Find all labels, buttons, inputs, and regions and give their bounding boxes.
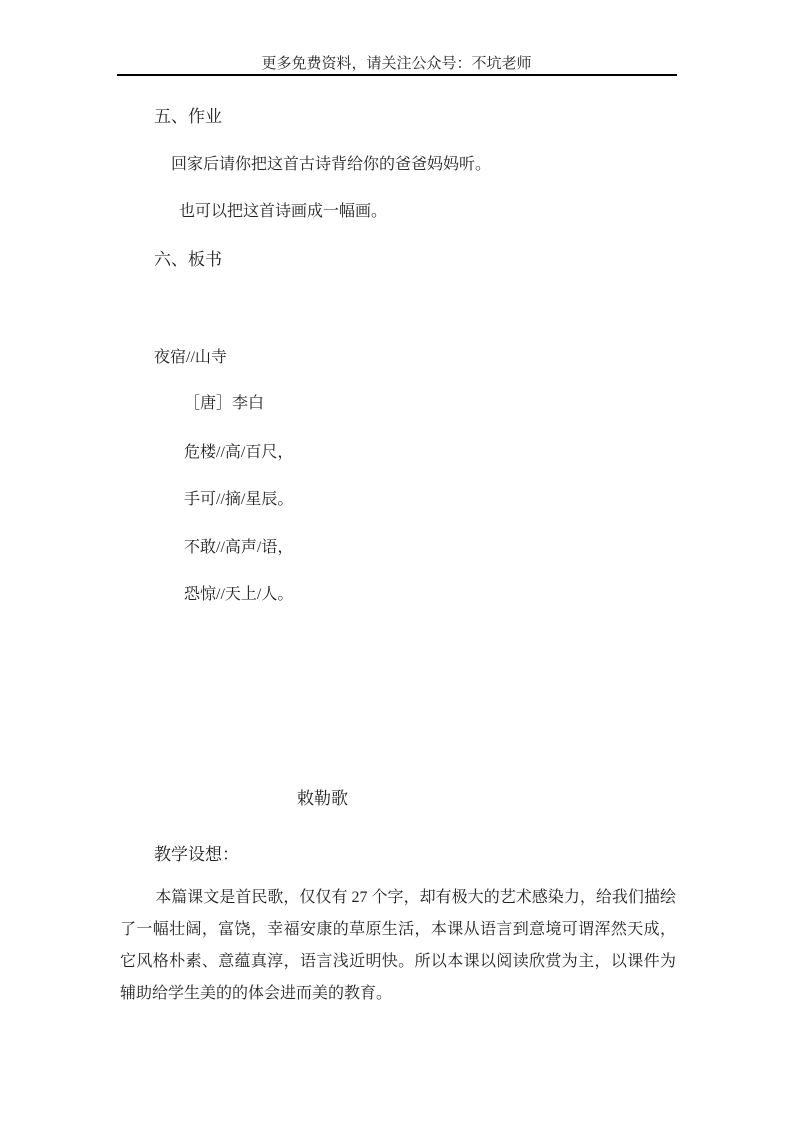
teaching-idea-paragraph: 本篇课文是首民歌，仅仅有 27 个字，却有极大的艺术感染力，给我们描绘了一幅壮阔… xyxy=(120,882,676,1010)
poem-line: 手可//摘/星辰。 xyxy=(184,490,293,510)
poem-line: 恐惊//天上/人。 xyxy=(184,585,293,605)
next-lesson-title: 敕勒歌 xyxy=(297,789,348,809)
header-divider xyxy=(117,74,677,76)
header-notice: 更多免费资料，请关注公众号：不坑老师 xyxy=(0,52,793,73)
teaching-idea-heading: 教学设想： xyxy=(154,845,239,865)
poem-title: 夜宿//山寺 xyxy=(154,348,227,368)
homework-line-1: 回家后请你把这首古诗背给你的爸爸妈妈听。 xyxy=(171,155,491,175)
document-page: 更多免费资料，请关注公众号：不坑老师 五、作业 回家后请你把这首古诗背给你的爸爸… xyxy=(0,0,793,1122)
homework-line-2: 也可以把这首诗画成一幅画。 xyxy=(179,202,387,222)
poem-author: ［唐］李白 xyxy=(184,394,264,414)
section-heading-homework: 五、作业 xyxy=(154,107,222,127)
poem-line: 危楼//高/百尺， xyxy=(184,443,293,463)
poem-line: 不敢//高声/语， xyxy=(184,538,293,558)
section-heading-board: 六、板书 xyxy=(154,250,222,270)
